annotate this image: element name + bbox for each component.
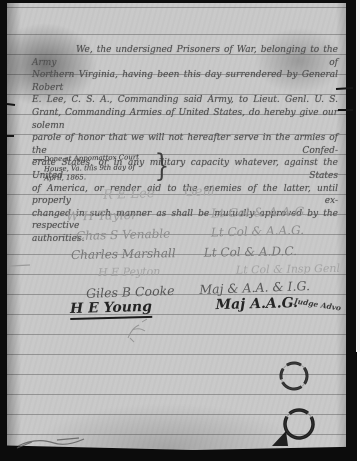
pencil-scribble (128, 319, 147, 342)
edge-tick-marks (7, 88, 353, 136)
punch-ring-icon (272, 408, 315, 446)
scanned-document-page: We, the undersigned Prisoners of War, be… (0, 0, 360, 461)
pencil-scribble (17, 438, 84, 448)
faint-margin-dash (10, 265, 30, 266)
punch-ring-icon (276, 358, 312, 394)
triangle-ink-mark (272, 431, 288, 446)
marks-overlay (0, 0, 360, 461)
